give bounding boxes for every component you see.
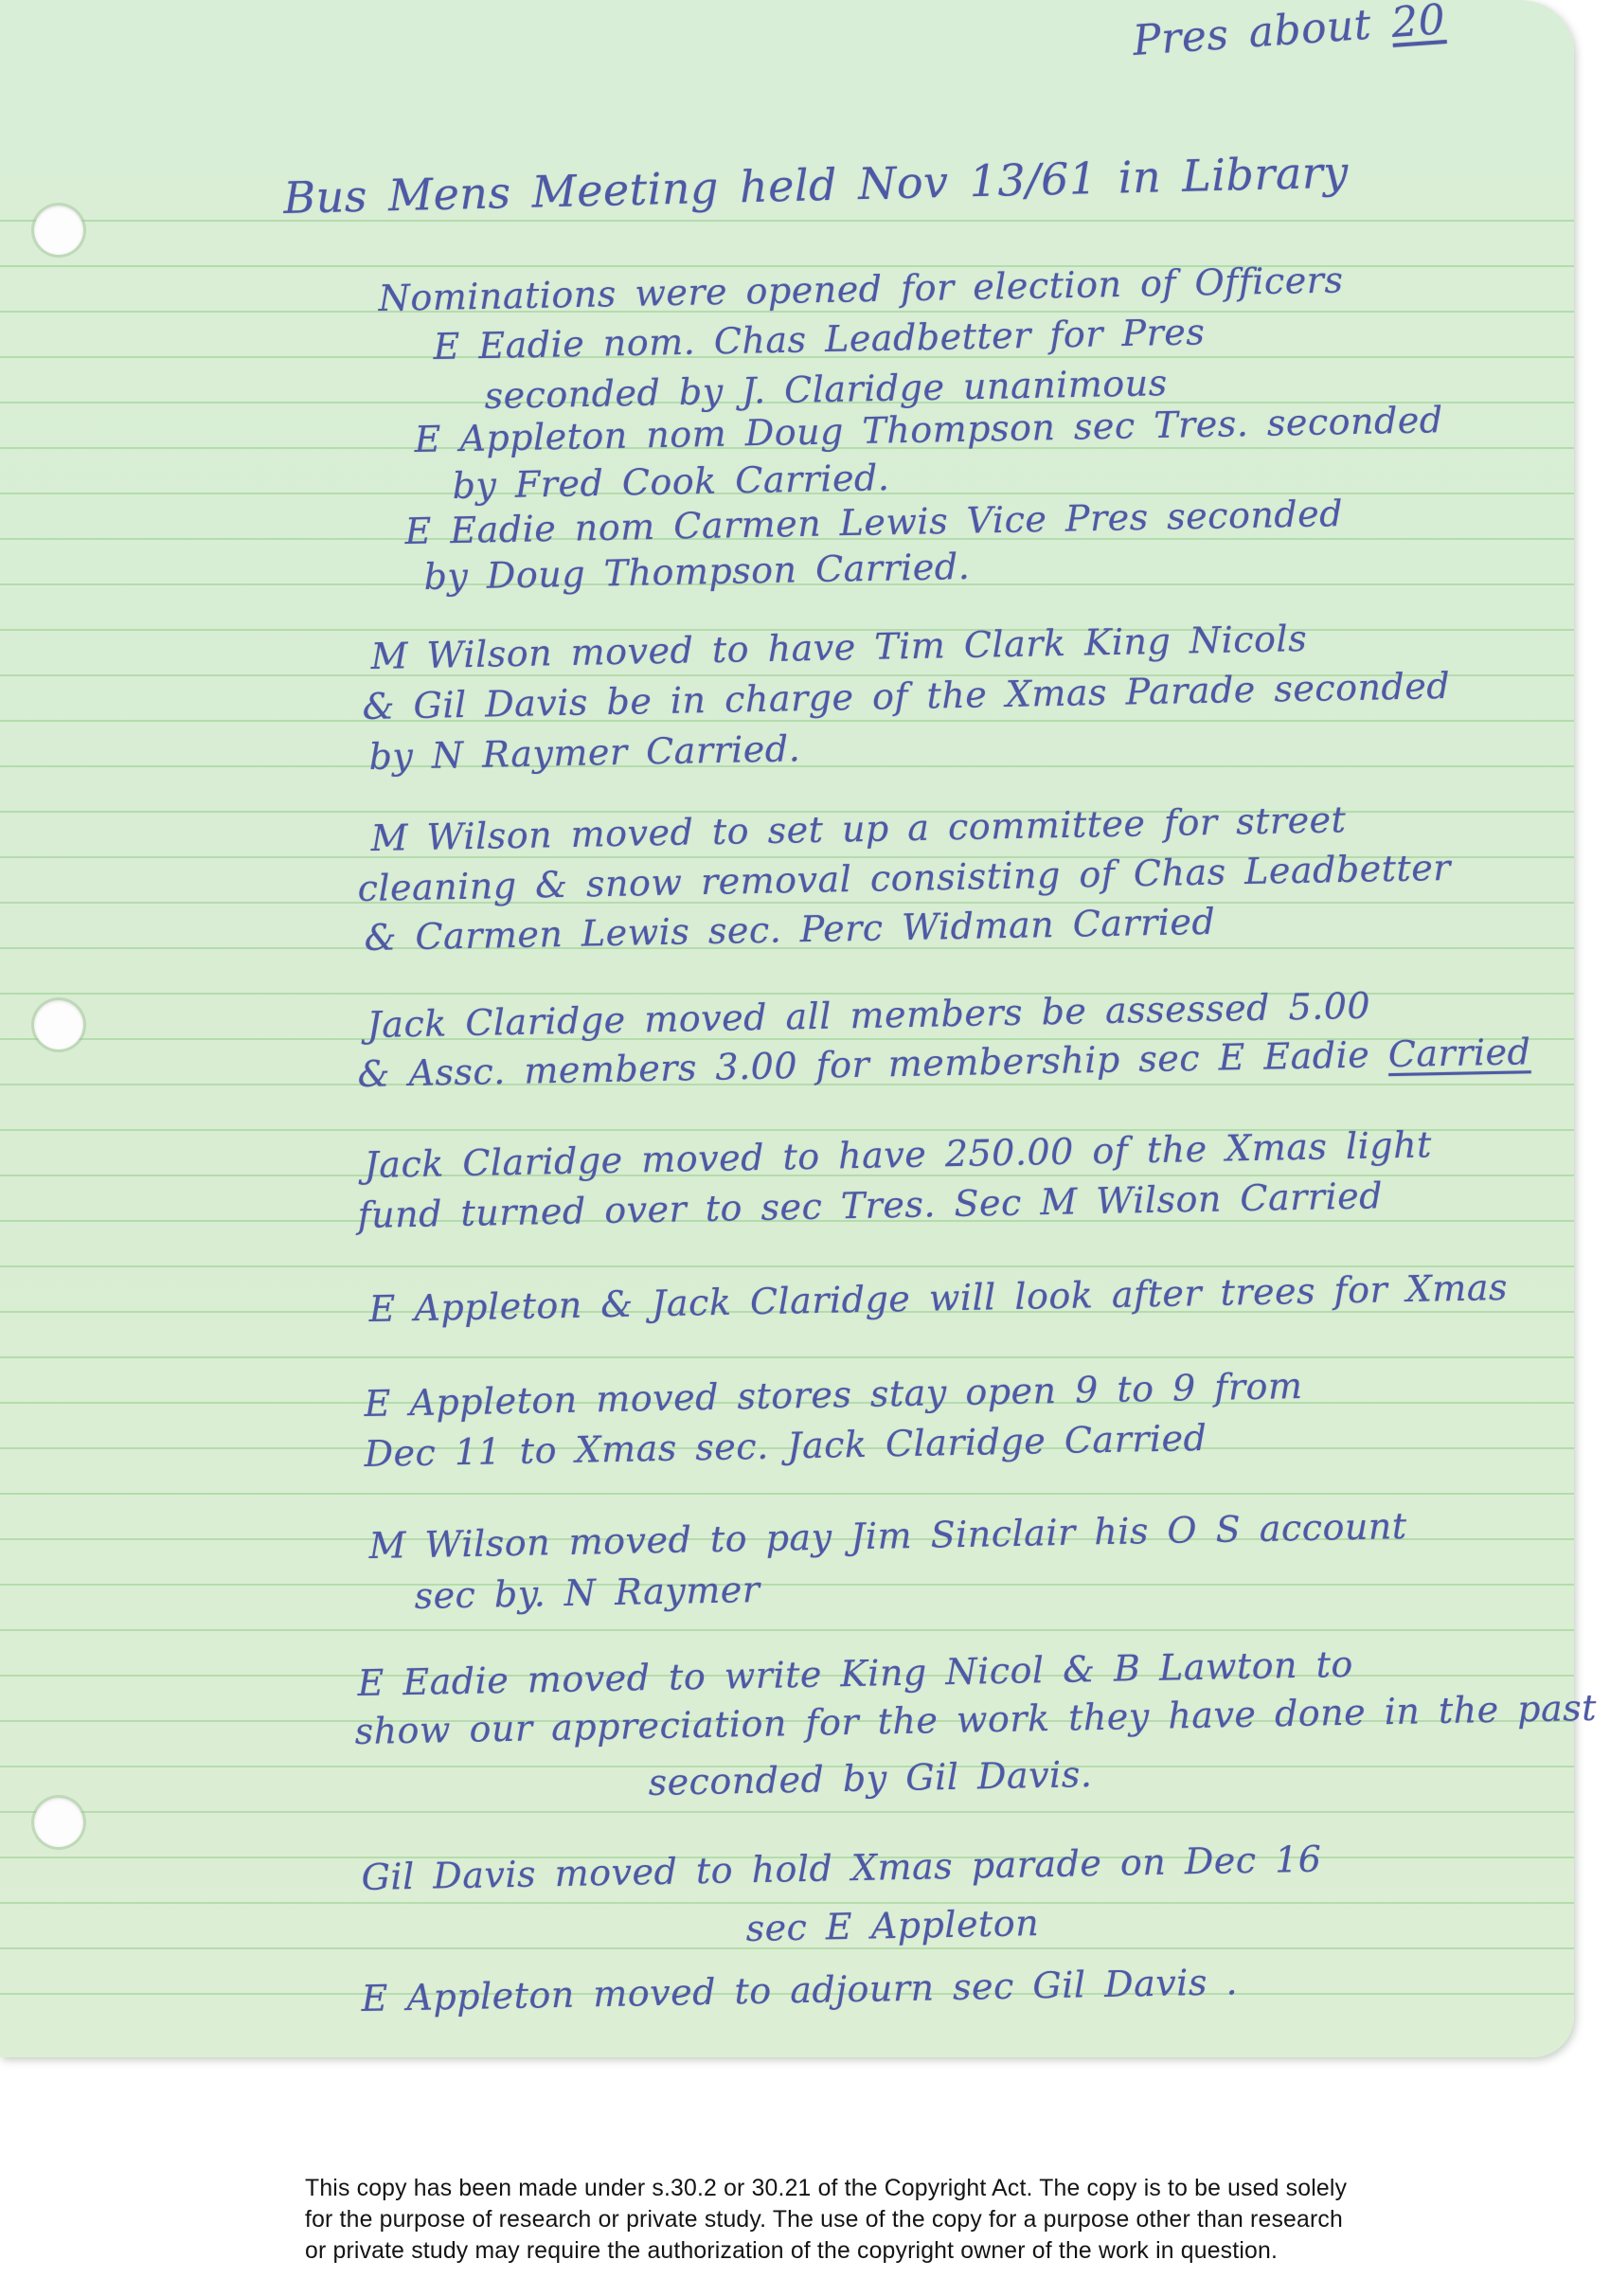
minutes-line: E Appleton & Jack Claridge will look aft… [368, 1266, 1508, 1330]
minutes-line: E Eadie nom. Chas Leadbetter for Pres [433, 311, 1205, 368]
minutes-line: seconded by Gil Davis. [648, 1753, 1093, 1803]
attendance-count: 20 [1389, 0, 1446, 47]
minutes-line: by Doug Thompson Carried. [423, 546, 970, 598]
copyright-stamp-line: or private study may require the authori… [305, 2237, 1278, 2265]
minutes-line: Dec 11 to Xmas sec. Jack Claridge Carrie… [364, 1417, 1207, 1475]
punch-hole [34, 1000, 83, 1049]
minutes-line: & Carmen Lewis sec. Perc Widman Carried [364, 901, 1215, 959]
minutes-line: E Appleton moved stores stay open 9 to 9… [364, 1365, 1303, 1425]
minutes-line: Nominations were opened for election of … [378, 259, 1344, 319]
copyright-stamp-line: This copy has been made under s.30.2 or … [305, 2175, 1347, 2202]
meeting-title: Bus Mens Meeting held Nov 13/61 in Libra… [283, 147, 1350, 224]
copyright-stamp-line: for the purpose of research or private s… [305, 2206, 1343, 2233]
scanned-minutes-page: Pres about 20 Bus Mens Meeting held Nov … [0, 0, 1610, 2296]
carried-underlined: Carried [1387, 1031, 1530, 1075]
attendance-note: Pres about 20 [1131, 0, 1446, 65]
minutes-line: Gil Davis moved to hold Xmas parade on D… [361, 1839, 1322, 1898]
punch-hole [34, 1798, 83, 1847]
minutes-line: by Fred Cook Carried. [452, 457, 890, 507]
minutes-line: sec by. N Raymer [414, 1569, 760, 1617]
attendance-note-text: Pres about [1131, 1, 1372, 65]
minutes-line: fund turned over to sec Tres. Sec M Wils… [357, 1175, 1383, 1236]
minutes-line: by N Raymer Carried. [368, 727, 800, 778]
green-ruled-paper: Pres about 20 Bus Mens Meeting held Nov … [0, 0, 1574, 2057]
minutes-line: M Wilson moved to pay Jim Sinclair his O… [368, 1505, 1407, 1567]
minutes-line: sec E Appleton [745, 1902, 1039, 1949]
minutes-line: M Wilson moved to have Tim Clark King Ni… [370, 618, 1307, 677]
minutes-line: M Wilson moved to set up a committee for… [370, 798, 1347, 859]
minutes-line: E Appleton moved to adjourn sec Gil Davi… [361, 1961, 1238, 2019]
punch-hole [34, 206, 83, 255]
